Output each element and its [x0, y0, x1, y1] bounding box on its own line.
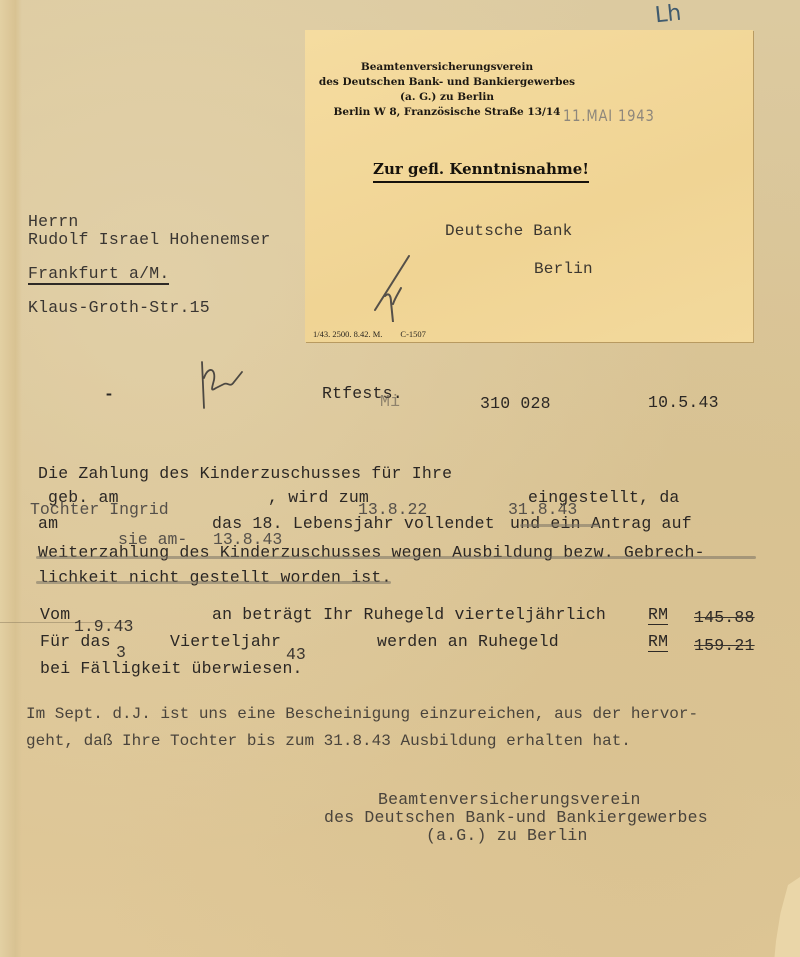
- torn-corner: [770, 877, 800, 957]
- strike-mark: [36, 581, 391, 584]
- slip-form-code: C-1507: [400, 329, 426, 339]
- payment-row2-text: Vierteljahr: [170, 632, 281, 651]
- slip-recipient-city: Berlin: [534, 260, 593, 278]
- slip-letterhead-line: Berlin W 8, Französische Straße 13/14: [317, 105, 577, 120]
- body-line-1: Die Zahlung des Kinderzuschusses für Ihr…: [38, 464, 452, 483]
- payment-row1-currency: RM: [648, 605, 668, 625]
- payment-row1-text: an beträgt Ihr Ruhegeld vierteljährlich: [212, 605, 606, 624]
- payment-row1-label: Vom: [40, 605, 70, 624]
- notice-line-2: geht, daß Ihre Tochter bis zum 31.8.43 A…: [26, 732, 631, 750]
- slip-letterhead: Beamtenversicherungsverein des Deutschen…: [317, 60, 577, 120]
- notice-slip: Beamtenversicherungsverein des Deutschen…: [305, 30, 753, 342]
- reference-number: 310 028: [480, 394, 551, 413]
- slip-letterhead-line: des Deutschen Bank- und Bankiergewerbes: [317, 75, 577, 90]
- reference-dash: -: [104, 385, 114, 404]
- address-street: Klaus-Groth-Str.15: [28, 298, 210, 317]
- slip-title: Zur gefl. Kenntnisnahme!: [373, 160, 589, 183]
- reference-overtype: Mi: [380, 392, 400, 411]
- body-line-2-comma: , wird zum: [268, 488, 369, 507]
- address-salutation: Herrn: [28, 212, 79, 231]
- handwritten-initial: [196, 358, 246, 410]
- payment-row2-text-2: werden an Ruhegeld: [377, 632, 559, 651]
- payment-row2-currency: RM: [648, 632, 668, 652]
- paper-left-edge: [0, 0, 22, 957]
- quarterly-pension-amount: 145.88: [694, 608, 755, 627]
- sender-line-2: des Deutschen Bank-und Bankiergewerbes: [324, 808, 708, 827]
- payment-row3: bei Fälligkeit überwiesen.: [40, 659, 303, 678]
- address-name: Rudolf Israel Hohenemser: [28, 230, 270, 249]
- body-line-5: lichkeit nicht gestellt worden ist.: [38, 568, 392, 587]
- quarterly-payout-amount: 159.21: [694, 636, 755, 655]
- body-line-4: Weiterzahlung des Kinderzuschusses wegen…: [38, 543, 705, 562]
- notice-line-1: Im Sept. d.J. ist uns eine Bescheinigung…: [26, 705, 698, 723]
- corner-pencil-note: Lh: [654, 1, 683, 29]
- letter-date: 10.5.43: [648, 393, 719, 412]
- address-city: Frankfurt a/M.: [28, 264, 169, 285]
- sender-line-3: (a.G.) zu Berlin: [426, 826, 588, 845]
- sender-line-1: Beamtenversicherungsverein: [378, 790, 641, 809]
- strike-mark: [520, 524, 600, 527]
- received-date-stamp: 11.MAI 1943: [563, 106, 655, 125]
- payment-row2-label: Für das: [40, 632, 111, 651]
- slip-print-run: 1/43. 2500. 8.42. M.: [313, 329, 382, 339]
- slip-recipient-bank: Deutsche Bank: [445, 222, 572, 240]
- pencil-initial-mark: [367, 252, 417, 322]
- body-line-3-a: am: [38, 514, 58, 533]
- slip-letterhead-line: Beamtenversicherungsverein: [317, 60, 577, 75]
- strike-mark: [36, 556, 756, 559]
- slip-letterhead-line: (a. G.) zu Berlin: [317, 90, 577, 105]
- slip-print-info: 1/43. 2500. 8.42. M.C-1507: [313, 329, 426, 339]
